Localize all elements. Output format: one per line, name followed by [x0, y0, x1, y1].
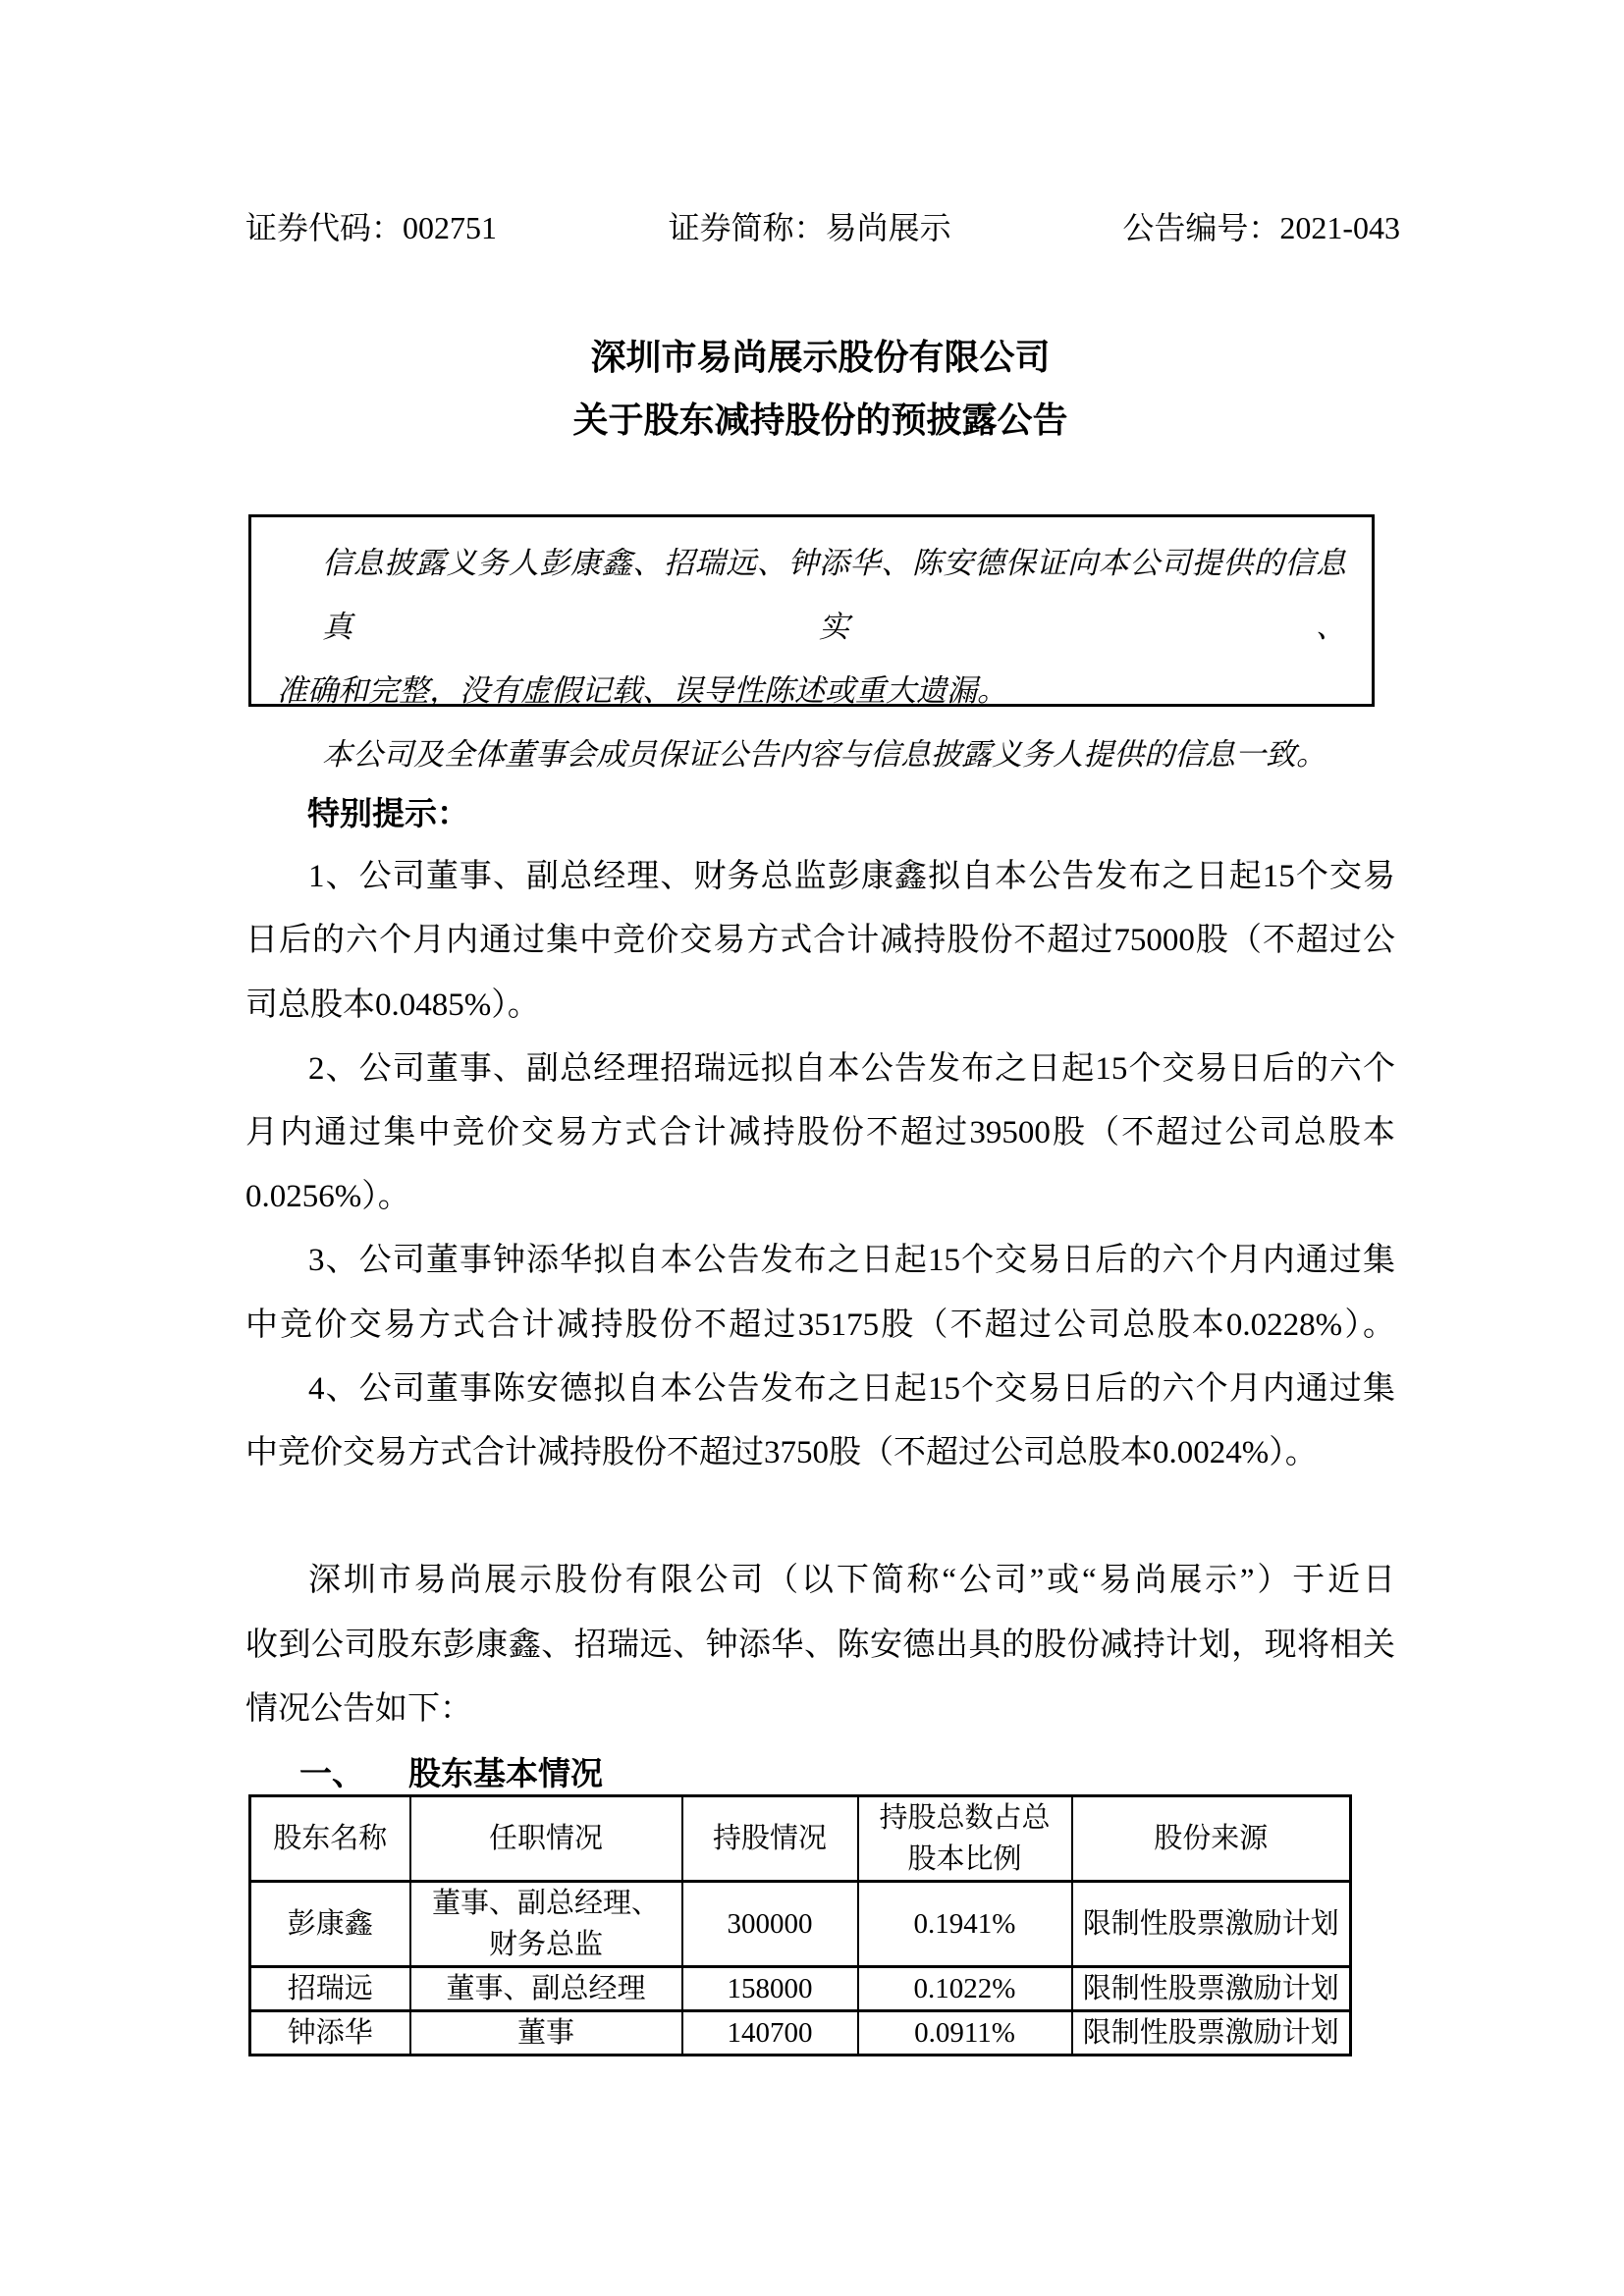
text-line: 收到公司股东彭康鑫、招瑞远、钟添华、陈安德出具的股份减持计划，现将相关: [245, 1614, 1395, 1678]
text-line: 4、公司董事陈安德拟自本公告发布之日起15个交易日后的六个月内通过集: [245, 1358, 1395, 1421]
table-cell: 0.1022%: [858, 1967, 1072, 2011]
section-title: 股东基本情况: [408, 1755, 603, 1791]
blank-line: [245, 1485, 1395, 1549]
table-cell: 限制性股票激励计划: [1072, 1967, 1351, 2011]
announcement-title: 关于股东减持股份的预披露公告: [245, 389, 1395, 452]
text-line: 情况公告如下：: [245, 1678, 1395, 1741]
section-number: 一、: [299, 1741, 364, 1805]
table-header-cell: 股份来源: [1072, 1796, 1351, 1882]
announcement-number: 公告编号：2021-043: [1122, 196, 1400, 260]
table-header-cell: 任职情况: [410, 1796, 682, 1882]
text-line: 日后的六个月内通过集中竞价交易方式合计减持股份不超过75000股（不超过公: [245, 909, 1395, 973]
table-row: 彭康鑫董事、副总经理、 财务总监3000000.1941%限制性股票激励计划: [250, 1882, 1351, 1967]
special-notice-heading: 特别提示：: [245, 781, 1395, 845]
text-line: 3、公司董事钟添华拟自本公告发布之日起15个交易日后的六个月内通过集: [245, 1229, 1395, 1293]
document-body: 特别提示： 1、公司董事、副总经理、财务总监彭康鑫拟自本公告发布之日起15个交易…: [245, 781, 1395, 2056]
text-line: 中竞价交易方式合计减持股份不超过3750股（不超过公司总股本0.0024%）。: [245, 1421, 1395, 1485]
document-meta-row: 证券代码：002751 证券简称：易尚展示 公告编号：2021-043: [245, 196, 1400, 260]
shareholders-table: 股东名称任职情况持股情况持股总数占总 股本比例股份来源 彭康鑫董事、副总经理、 …: [248, 1794, 1352, 2056]
text-line: 准确和完整，没有虚假记载、误导性陈述或重大遗漏。: [277, 659, 1346, 722]
table-cell: 董事、副总经理: [410, 1967, 682, 2011]
text-line: 深圳市易尚展示股份有限公司（以下简称“公司”或“易尚展示”）于近日: [245, 1549, 1395, 1613]
text-line: 中竞价交易方式合计减持股份不超过35175股（不超过公司总股本0.0228%）。: [245, 1294, 1395, 1358]
text-line: 0.0256%）。: [245, 1165, 1395, 1229]
disclaimer-box: 信息披露义务人彭康鑫、招瑞远、钟添华、陈安德保证向本公司提供的信息真实、准确和完…: [248, 514, 1375, 707]
table-row: 招瑞远董事、副总经理1580000.1022%限制性股票激励计划: [250, 1967, 1351, 2011]
table-cell: 董事、副总经理、 财务总监: [410, 1882, 682, 1967]
table-cell: 限制性股票激励计划: [1072, 1882, 1351, 1967]
table-cell: 158000: [682, 1967, 858, 2011]
table-header-cell: 持股情况: [682, 1796, 858, 1882]
stock-code: 证券代码：002751: [245, 196, 497, 260]
text-line: 1、公司董事、副总经理、财务总监彭康鑫拟自本公告发布之日起15个交易: [245, 845, 1395, 909]
company-name-title: 深圳市易尚展示股份有限公司: [245, 326, 1395, 389]
table-cell: 钟添华: [250, 2011, 410, 2056]
paragraphs-container: 1、公司董事、副总经理、财务总监彭康鑫拟自本公告发布之日起15个交易日后的六个月…: [245, 845, 1395, 1741]
title-block: 深圳市易尚展示股份有限公司 关于股东减持股份的预披露公告: [245, 326, 1395, 452]
text-line: 2、公司董事、副总经理招瑞远拟自本公告发布之日起15个交易日后的六个: [245, 1038, 1395, 1101]
table-cell: 300000: [682, 1882, 858, 1967]
table-cell: 彭康鑫: [250, 1882, 410, 1967]
text-line: 本公司及全体董事会成员保证公告内容与信息披露义务人提供的信息一致。: [277, 722, 1346, 786]
table-header-cell: 股东名称: [250, 1796, 410, 1882]
table-cell: 0.0911%: [858, 2011, 1072, 2056]
table-cell: 140700: [682, 2011, 858, 2056]
table-row: 钟添华董事1407000.0911%限制性股票激励计划: [250, 2011, 1351, 2056]
table-header-cell: 持股总数占总 股本比例: [858, 1796, 1072, 1882]
document-page: 证券代码：002751 证券简称：易尚展示 公告编号：2021-043 深圳市易…: [0, 0, 1624, 2296]
table-cell: 0.1941%: [858, 1882, 1072, 1967]
text-line: 月内通过集中竞价交易方式合计减持股份不超过39500股（不超过公司总股本: [245, 1101, 1395, 1165]
table-cell: 限制性股票激励计划: [1072, 2011, 1351, 2056]
table-cell: 招瑞远: [250, 1967, 410, 2011]
stock-abbreviation: 证券简称：易尚展示: [669, 196, 951, 260]
text-line: 司总股本0.0485%）。: [245, 974, 1395, 1038]
table-cell: 董事: [410, 2011, 682, 2056]
text-line: 信息披露义务人彭康鑫、招瑞远、钟添华、陈安德保证向本公司提供的信息真实、: [277, 531, 1346, 659]
